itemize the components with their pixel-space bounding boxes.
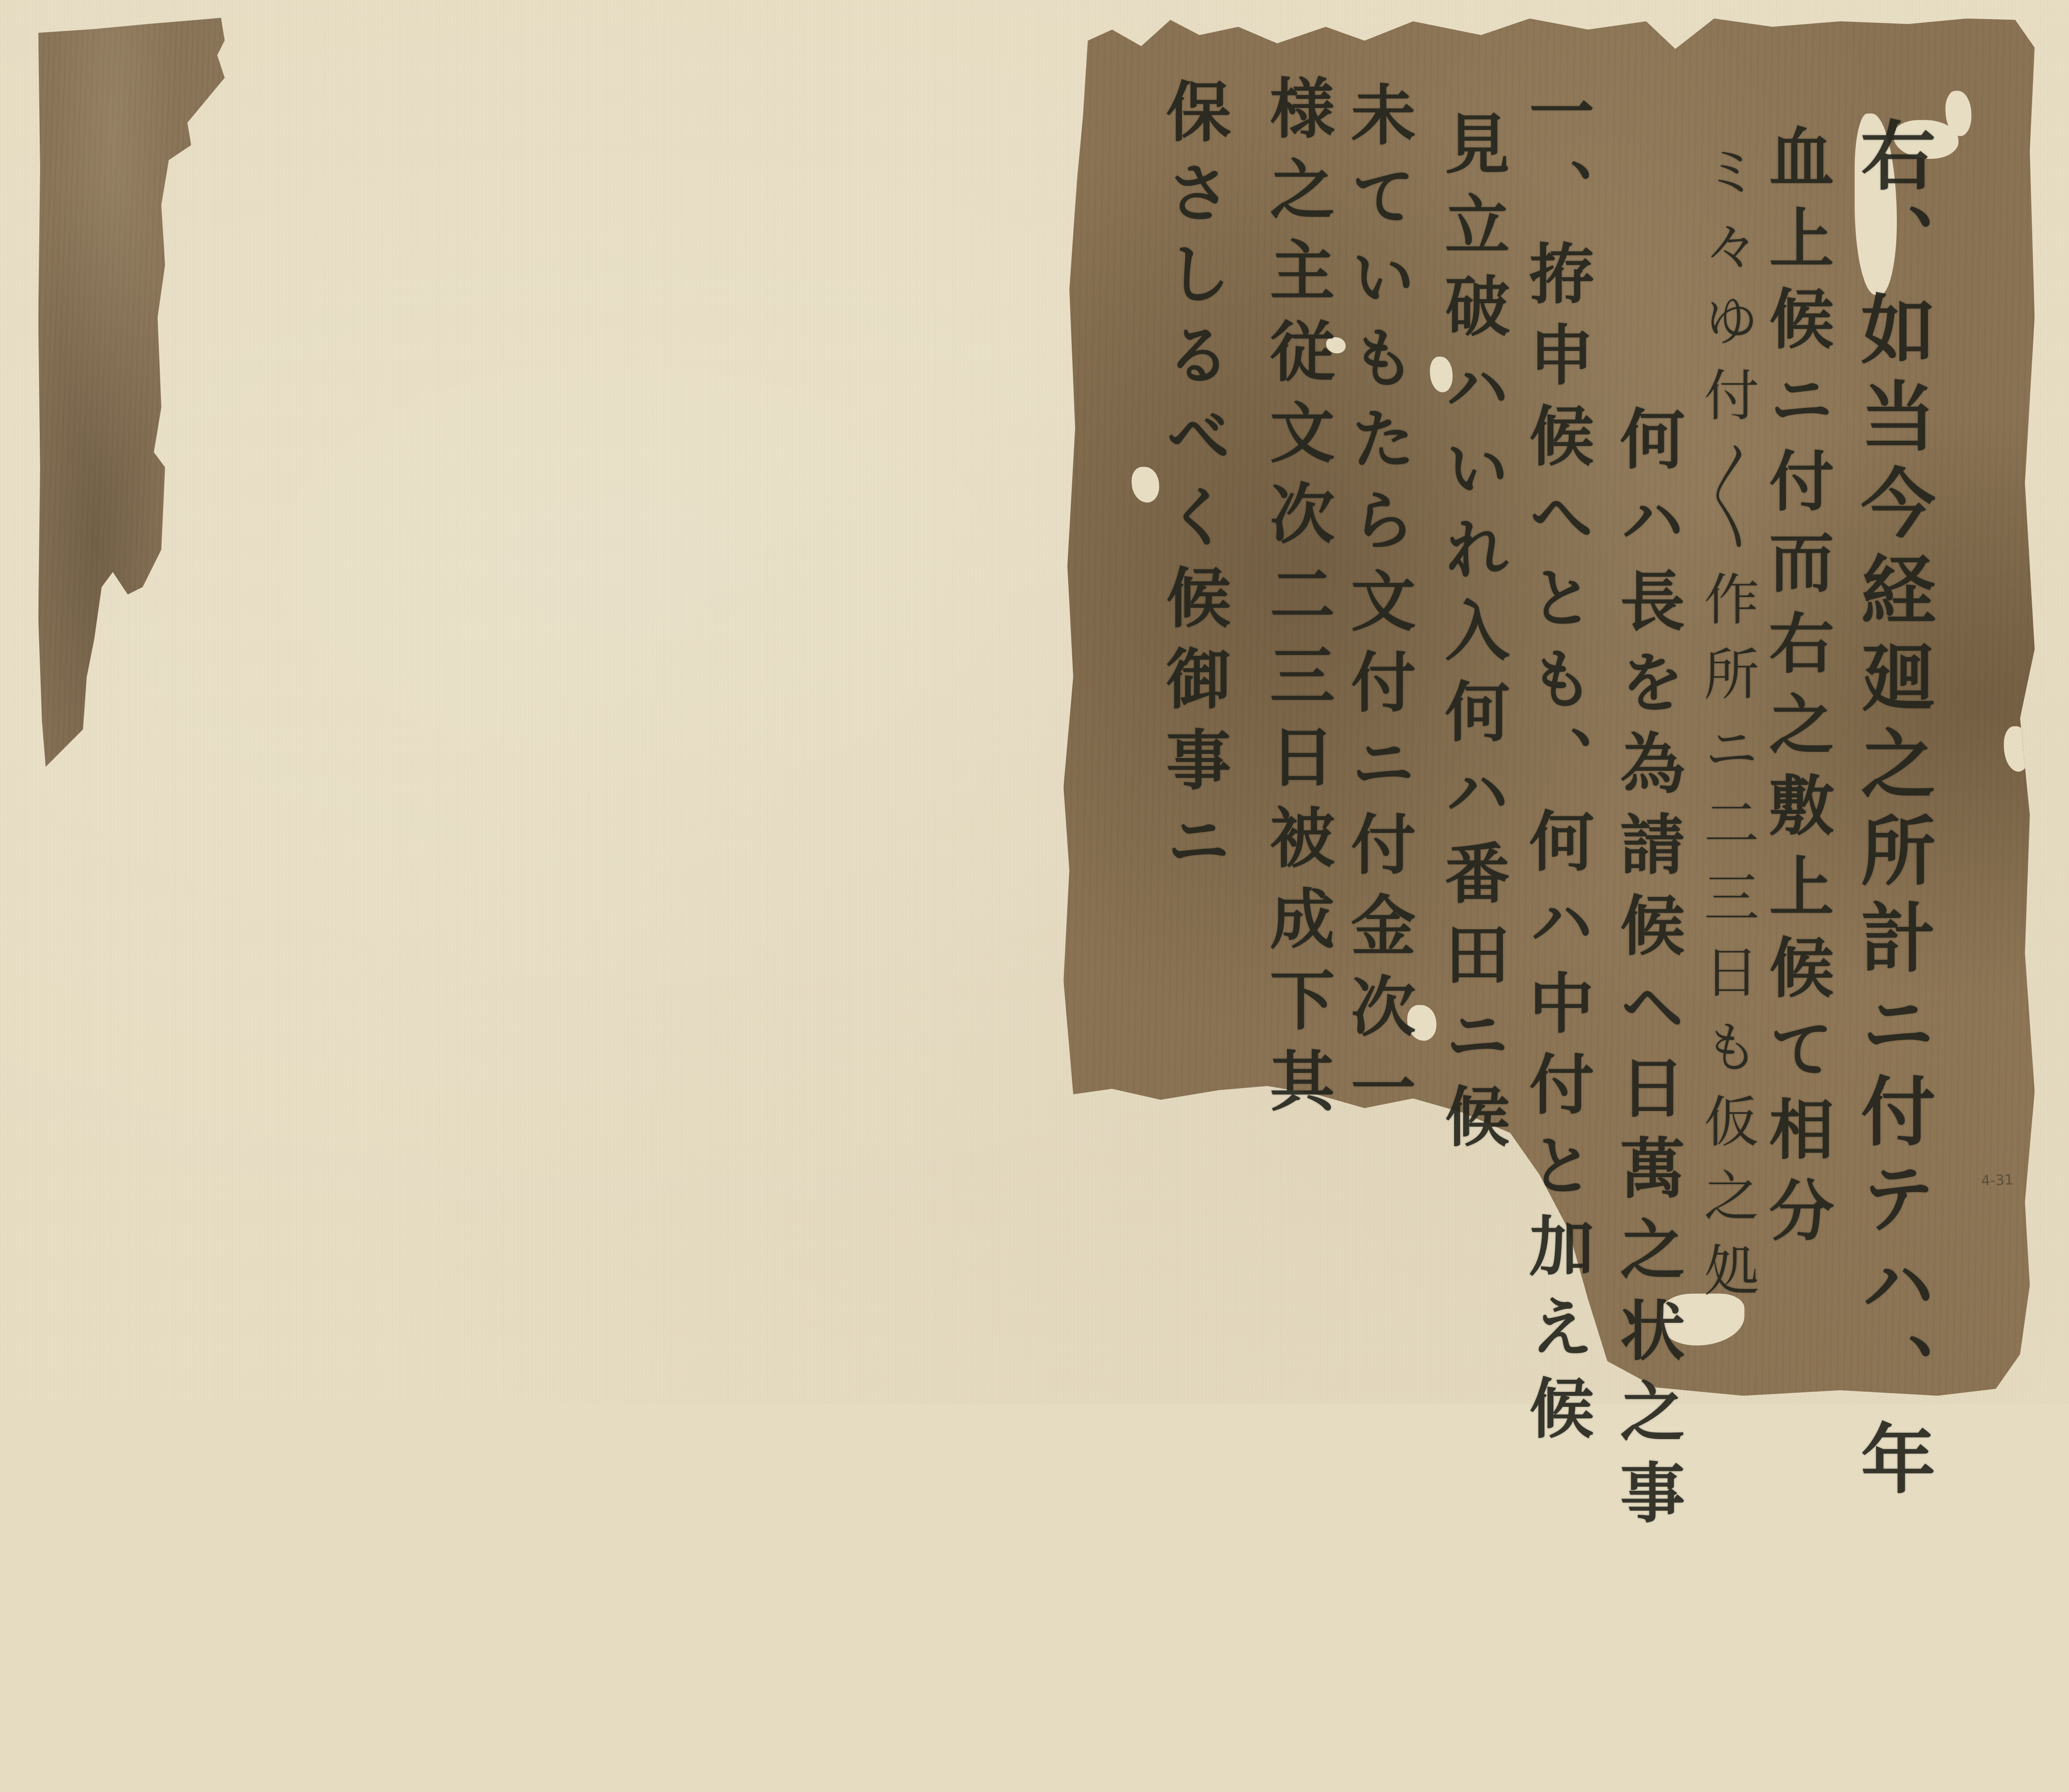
document-scan: 右、如当今経廻之所計ニ付テハ、年 血上候ニ付而右之敷上候て相分 ミ々ゆ付〳〵作所… xyxy=(0,0,2069,1404)
text-column-3: ミ々ゆ付〳〵作所ニ二三日も仮之処 xyxy=(1699,143,1754,1317)
text-column-2: 血上候ニ付而右之敷上候て相分 xyxy=(1764,123,1829,1258)
text-column-1: 右、如当今経廻之所計ニ付テハ、年 xyxy=(1855,117,1929,1507)
text-column-7: 未ていもたら文付ニ付金次一 xyxy=(1346,81,1411,1135)
catalog-number-mark: 4-31 xyxy=(1981,1171,2014,1189)
text-column-9: 保さしるべく候御事ニ xyxy=(1161,78,1226,888)
text-column-8: 様之主従文次二三日被成下其 xyxy=(1265,74,1330,1128)
text-column-5: 一、拵申候へとも、何ハ中付と加え候 xyxy=(1524,78,1589,1456)
text-column-4: 何ハ長を為請候ヘ日萬之状之事 xyxy=(1615,405,1680,1540)
paper-loss xyxy=(2004,726,2030,772)
left-paper-fragment xyxy=(38,18,225,767)
text-column-6: 見立破ハいれ入何ハ番田ニ候 xyxy=(1440,110,1505,1164)
